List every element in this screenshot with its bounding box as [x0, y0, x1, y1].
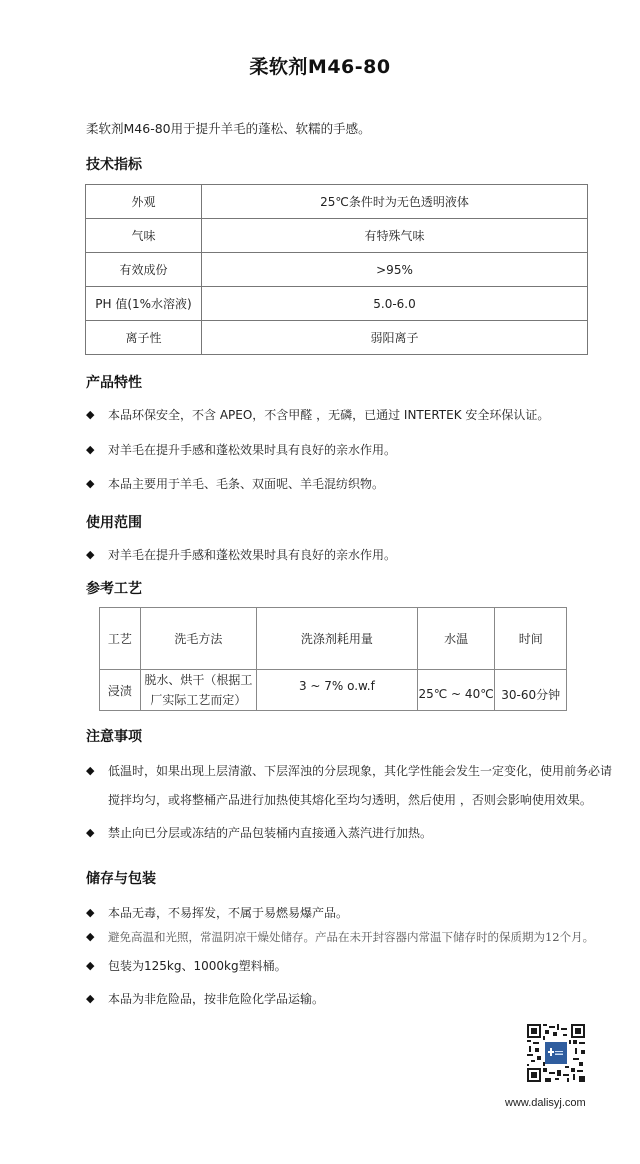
qr-code-icon	[527, 1024, 585, 1082]
table-row: 气味 有特殊气味	[86, 219, 588, 253]
list-item: ◆ 对羊毛在提升手感和蓬松效果时具有良好的亲水作用。	[86, 442, 396, 458]
diamond-bullet-icon: ◆	[86, 442, 96, 458]
spec-key: 离子性	[86, 321, 202, 355]
table-row: 外观 25℃条件时为无色透明液体	[86, 185, 588, 219]
process-cell: 浸渍	[100, 670, 141, 711]
list-item: ◆ 包装为125kg、1000kg塑料桶。	[86, 958, 287, 974]
spec-key: 气味	[86, 219, 202, 253]
specs-table: 外观 25℃条件时为无色透明液体 气味 有特殊气味 有效成份 >95% PH 值…	[85, 184, 588, 355]
diamond-bullet-icon: ◆	[86, 905, 96, 921]
list-item: ◆ 禁止向已分层或冻结的产品包装桶内直接通入蒸汽进行加热。	[86, 825, 432, 841]
page-title: 柔软剂M46-80	[0, 52, 640, 79]
list-item-continuation: 搅拌均匀，或将整桶产品进行加热使其熔化至均匀透明，然后使用 ，否则会影响使用效果…	[108, 792, 592, 808]
column-header: 洗毛方法	[140, 608, 256, 670]
section-heading-scope: 使用范围	[86, 512, 142, 532]
section-heading-features: 产品特性	[86, 372, 142, 392]
diamond-bullet-icon: ◆	[86, 825, 96, 841]
intro-text: 柔软剂M46-80用于提升羊毛的蓬松、软糯的手感。	[86, 119, 371, 137]
list-item: ◆ 本品环保安全，不含 APEO，不含甲醛 ，无磷，已通过 INTERTEK 安…	[86, 407, 549, 423]
time-cell: 30-60分钟	[495, 670, 567, 711]
table-row: 离子性 弱阳离子	[86, 321, 588, 355]
list-item: ◆ 本品主要用于羊毛、毛条、双面呢、羊毛混纺织物。	[86, 476, 384, 492]
table-row: 浸渍 脱水、烘干（根据工 厂实际工艺而定） 3 ~ 7% o.w.f 25℃ ~…	[100, 670, 567, 711]
method-cell: 脱水、烘干（根据工 厂实际工艺而定）	[140, 670, 256, 711]
temperature-cell: 25℃ ~ 40℃	[417, 670, 495, 711]
diamond-bullet-icon: ◆	[86, 763, 96, 779]
column-header: 时间	[495, 608, 567, 670]
section-heading-specs: 技术指标	[86, 154, 142, 174]
diamond-bullet-icon: ◆	[86, 991, 96, 1007]
section-heading-notes: 注意事项	[86, 726, 142, 746]
diamond-bullet-icon: ◆	[86, 547, 96, 563]
spec-value: >95%	[202, 253, 588, 287]
website-link[interactable]: www.dalisyj.com	[505, 1097, 586, 1109]
diamond-bullet-icon: ◆	[86, 929, 96, 945]
table-header-row: 工艺 洗毛方法 洗涤剂耗用量 水温 时间	[100, 608, 567, 670]
section-heading-process: 参考工艺	[86, 578, 142, 598]
list-item: ◆ 本品无毒，不易挥发，不属于易燃易爆产品。	[86, 905, 348, 921]
table-row: 有效成份 >95%	[86, 253, 588, 287]
spec-key: 外观	[86, 185, 202, 219]
spec-value: 有特殊气味	[202, 219, 588, 253]
spec-value: 5.0-6.0	[202, 287, 588, 321]
spec-key: 有效成份	[86, 253, 202, 287]
column-header: 水温	[417, 608, 495, 670]
column-header: 工艺	[100, 608, 141, 670]
list-item: ◆ 避免高温和光照，常温阴凉干燥处储存。产品在未开封容器内常温下储存时的保质期为…	[86, 929, 594, 945]
diamond-bullet-icon: ◆	[86, 476, 96, 492]
spec-key: PH 值(1%水溶液)	[86, 287, 202, 321]
table-row: PH 值(1%水溶液) 5.0-6.0	[86, 287, 588, 321]
dosage-cell: 3 ~ 7% o.w.f	[256, 670, 417, 711]
diamond-bullet-icon: ◆	[86, 407, 96, 423]
section-heading-storage: 储存与包装	[86, 868, 156, 888]
spec-value: 弱阳离子	[202, 321, 588, 355]
list-item: ◆ 本品为非危险品，按非危险化学品运输。	[86, 991, 324, 1007]
column-header: 洗涤剂耗用量	[256, 608, 417, 670]
diamond-bullet-icon: ◆	[86, 958, 96, 974]
list-item: ◆ 低温时，如果出现上层清澈、下层浑浊的分层现象，其化学性能会发生一定变化，使用…	[86, 763, 612, 779]
spec-value: 25℃条件时为无色透明液体	[202, 185, 588, 219]
process-table: 工艺 洗毛方法 洗涤剂耗用量 水温 时间 浸渍 脱水、烘干（根据工 厂实际工艺而…	[99, 607, 567, 711]
list-item: ◆ 对羊毛在提升手感和蓬松效果时具有良好的亲水作用。	[86, 547, 396, 563]
